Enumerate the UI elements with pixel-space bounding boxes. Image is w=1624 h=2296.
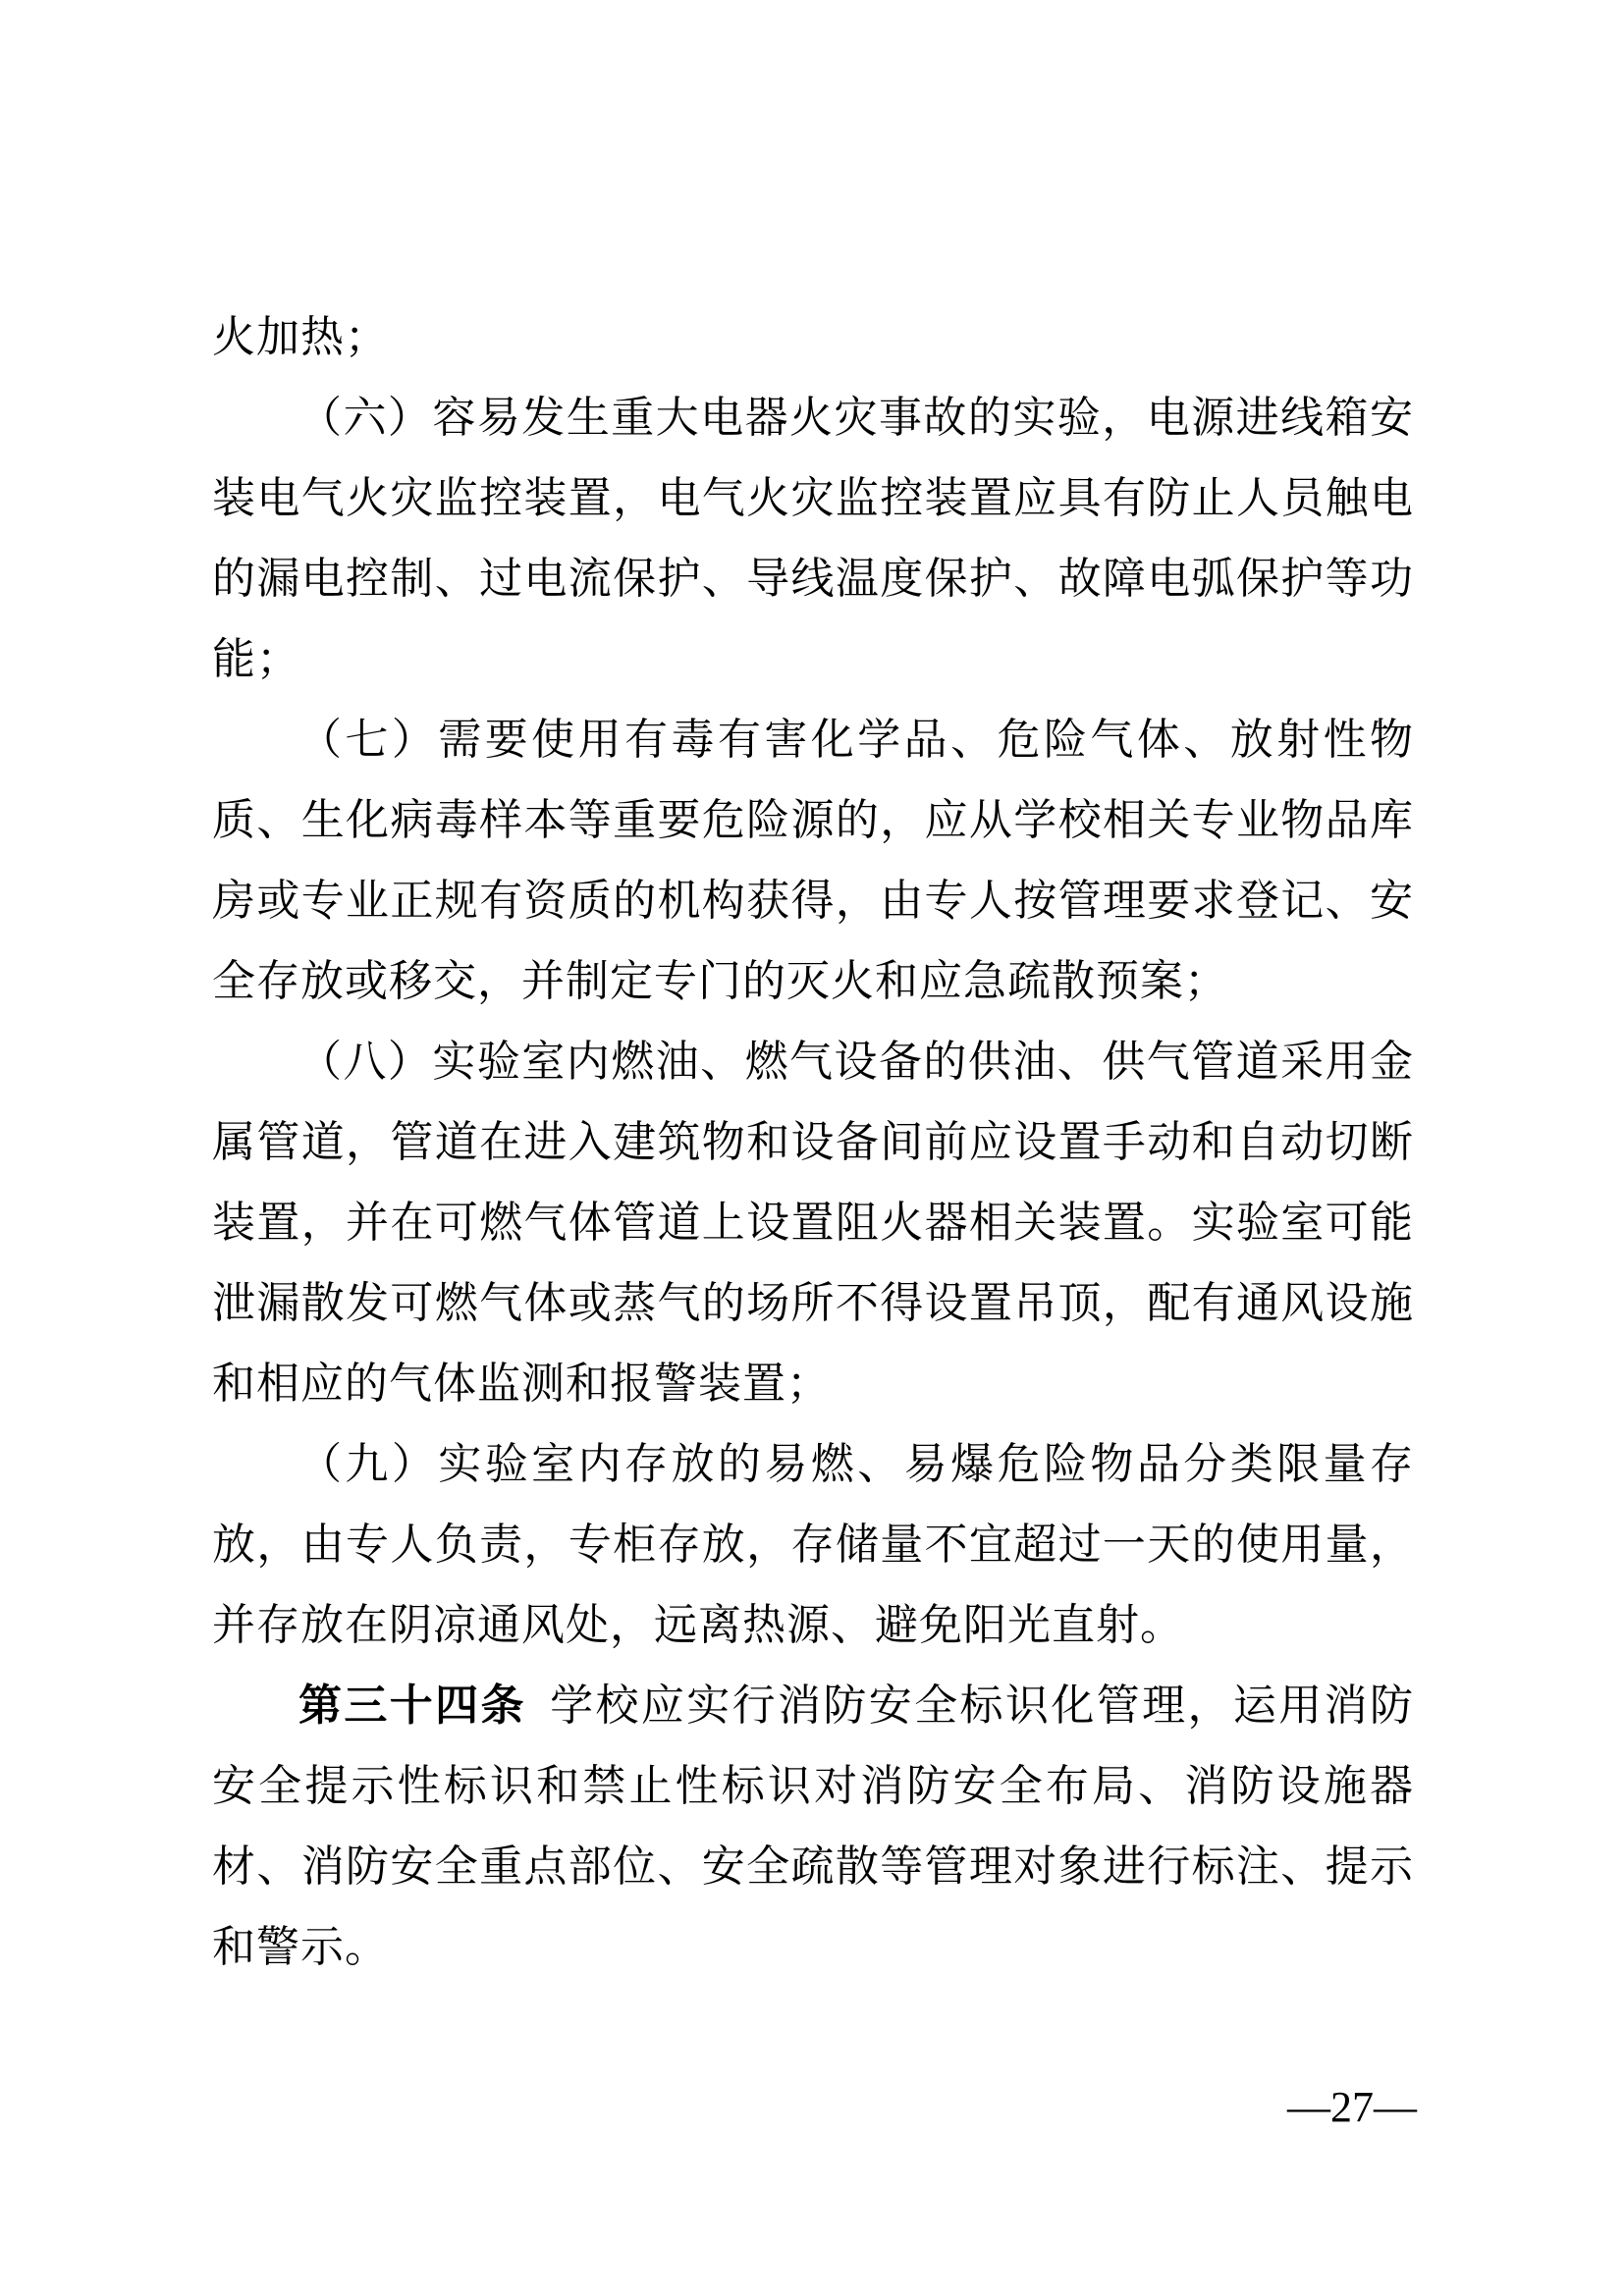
clause-8-paragraph: （八）实验室内燃油、燃气设备的供油、供气管道采用金属管道，管道在进入建筑物和设备… xyxy=(212,1022,1414,1424)
clause-7-paragraph: （七）需要使用有毒有害化学品、危险气体、放射性物质、生化病毒样本等重要危险源的，… xyxy=(212,700,1414,1022)
clause-6-paragraph: （六）容易发生重大电器火灾事故的实验，电源进线箱安装电气火灾监控装置，电气火灾监… xyxy=(212,378,1414,700)
page-number: —27— xyxy=(1287,2078,1417,2137)
paragraph-continuation: 火加热； xyxy=(212,297,1414,378)
article-34-number: 第三十四条 xyxy=(298,1682,526,1730)
document-page: 火加热； （六）容易发生重大电器火灾事故的实验，电源进线箱安装电气火灾监控装置，… xyxy=(0,0,1624,2296)
document-body: 火加热； （六）容易发生重大电器火灾事故的实验，电源进线箱安装电气火灾监控装置，… xyxy=(212,297,1414,1988)
article-34-paragraph: 第三十四条学校应实行消防安全标识化管理，运用消防安全提示性标识和禁止性标识对消防… xyxy=(212,1666,1414,1988)
clause-9-paragraph: （九）实验室内存放的易燃、易爆危险物品分类限量存放，由专人负责，专柜存放，存储量… xyxy=(212,1424,1414,1666)
